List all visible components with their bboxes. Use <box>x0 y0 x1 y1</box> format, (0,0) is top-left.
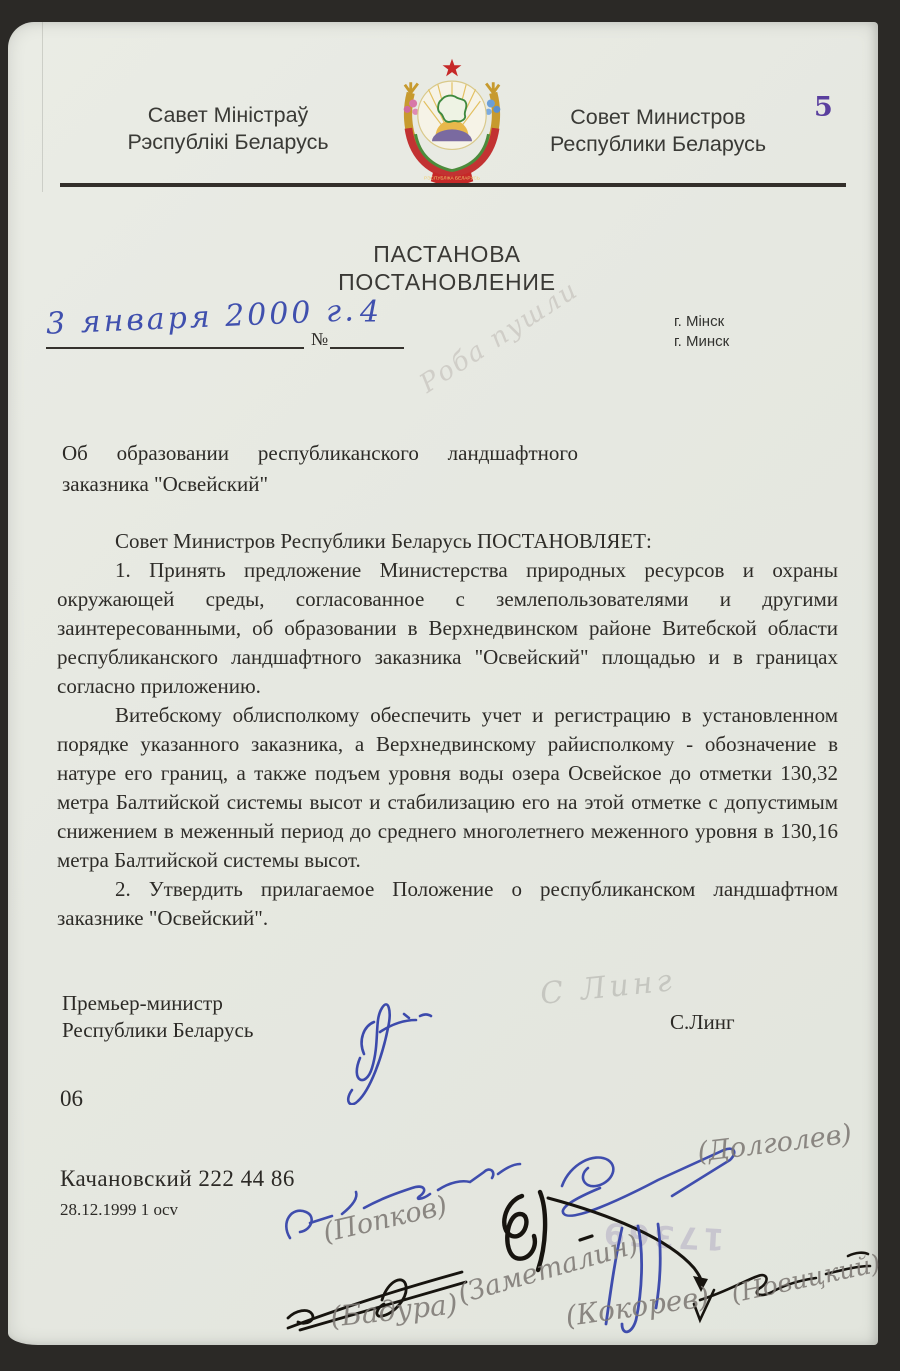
body-paragraph-1: 1. Принять предложение Министерства прир… <box>57 556 838 701</box>
header-org-ru-line2: Республики Беларусь <box>508 131 808 158</box>
signer-title-line1: Премьер-министр <box>62 990 253 1017</box>
number-sign: № <box>311 329 328 350</box>
document-page: 5 Савет Міністраў Рэспублікі Беларусь <box>8 22 878 1345</box>
signer-name: С.Линг <box>670 1010 735 1035</box>
signer-title: Премьер-министр Республики Беларусь <box>62 990 253 1044</box>
paper-crease <box>42 22 43 192</box>
signer-title-line2: Республики Беларусь <box>62 1017 253 1044</box>
scanned-decree-screenshot: { "doc": { "page_number": "5", "header":… <box>0 0 900 1371</box>
coat-of-arms-belarus-icon: РЭСПУБЛІКА БЕЛАРУСЬ <box>393 54 511 186</box>
handwritten-number: 4 <box>360 295 379 330</box>
body-paragraph-2: Витебскому облисполкому обеспечить учет … <box>57 701 838 875</box>
header-org-belarusian: Савет Міністраў Рэспублікі Беларусь <box>63 102 393 156</box>
title-russian: ПОСТАНОВЛЕНИЕ <box>192 268 702 296</box>
ghost-signature-bleedthrough: С Линг <box>539 963 678 1012</box>
title-belarusian: ПАСТАНОВА <box>192 240 702 268</box>
header-org-ru-line1: Совет Министров <box>508 104 808 131</box>
emblem-ribbon-text: РЭСПУБЛІКА БЕЛАРУСЬ <box>424 176 480 181</box>
place-block: г. Мінск г. Минск <box>674 312 729 351</box>
number-underline <box>330 347 404 349</box>
decree-body: Совет Министров Республики Беларусь ПОСТ… <box>57 527 838 933</box>
body-paragraph-3: 2. Утвердить прилагаемое Положение о рес… <box>57 875 838 933</box>
document-title: ПАСТАНОВА ПОСТАНОВЛЕНИЕ <box>192 240 702 296</box>
header-org-be-line2: Рэспублікі Беларусь <box>63 129 393 156</box>
date-underline <box>46 347 304 349</box>
body-intro: Совет Министров Республики Беларусь ПОСТ… <box>57 527 838 556</box>
decree-subject: Об образовании республиканского ландшафт… <box>62 438 578 500</box>
city-russian: г. Минск <box>674 332 729 352</box>
city-belarusian: г. Мінск <box>674 312 729 332</box>
header-org-russian: Совет Министров Республики Беларусь <box>508 104 808 158</box>
page-number: 5 <box>814 92 833 123</box>
header-org-be-line1: Савет Міністраў <box>63 102 393 129</box>
header-divider <box>60 183 846 187</box>
premier-signature-ink <box>308 970 438 1105</box>
dept-index: 06 <box>60 1086 83 1112</box>
